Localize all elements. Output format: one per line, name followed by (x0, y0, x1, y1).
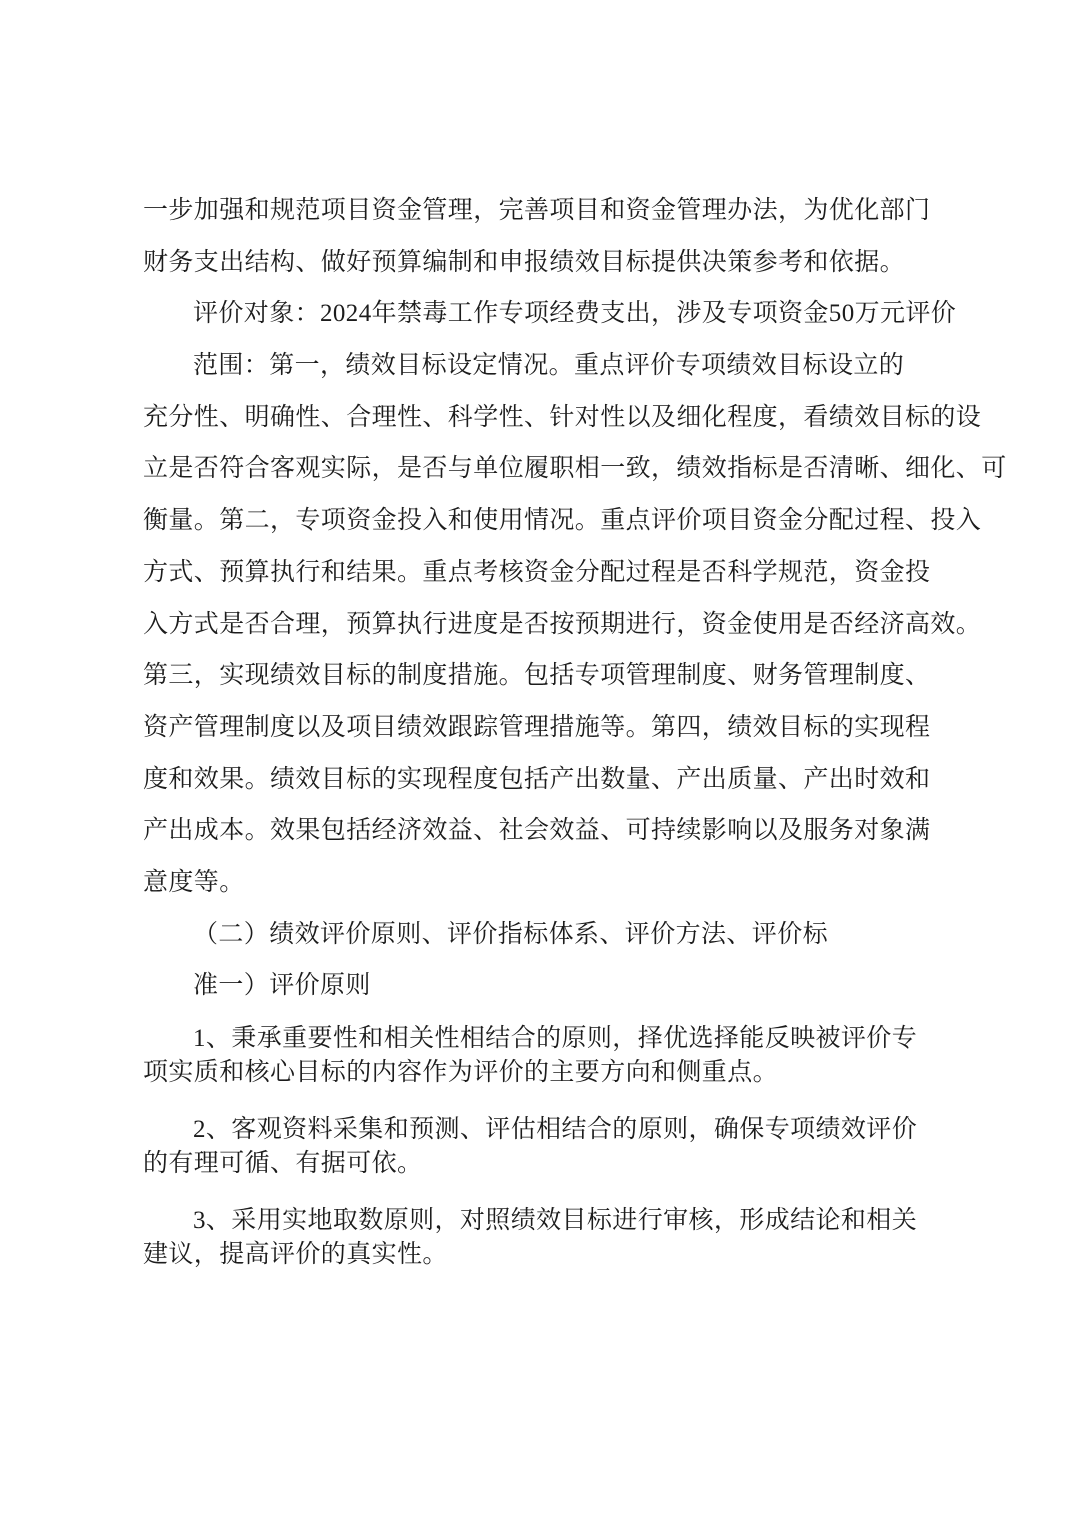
principle-item-second-line: 项实质和核心目标的内容作为评价的主要方向和侧重点。 (143, 1056, 943, 1090)
text-line: 衡量。第二，专项资金投入和使用情况。重点评价项目资金分配过程、投入 (143, 495, 943, 547)
text-line: 方式、预算执行和结果。重点考核资金分配过程是否科学规范，资金投 (143, 547, 943, 599)
text-line: 入方式是否合理，预算执行进度是否按预期进行，资金使用是否经济高效。 (143, 599, 943, 651)
body-paragraph-lines: 一步加强和规范项目资金管理，完善项目和资金管理办法，为优化部门 财务支出结构、做… (143, 185, 943, 1012)
text-line: 财务支出结构、做好预算编制和申报绩效目标提供决策参考和依据。 (143, 237, 943, 289)
principle-item-first-line: 1、秉承重要性和相关性相结合的原则，择优选择能反映被评价专 (143, 1022, 943, 1056)
principle-item-second-line: 建议，提高评价的真实性。 (143, 1238, 943, 1272)
text-line: 度和效果。绩效目标的实现程度包括产出数量、产出质量、产出时效和 (143, 754, 943, 806)
document-text-area: 一步加强和规范项目资金管理，完善项目和资金管理办法，为优化部门 财务支出结构、做… (143, 185, 943, 1271)
principle-item-first-line: 2、客观资料采集和预测、评估相结合的原则，确保专项绩效评价 (143, 1113, 943, 1147)
principle-list: 1、秉承重要性和相关性相结合的原则，择优选择能反映被评价专 项实质和核心目标的内… (143, 1022, 943, 1271)
text-line: 范围：第一，绩效目标设定情况。重点评价专项绩效目标设立的 (143, 340, 943, 392)
principle-item: 3、采用实地取数原则，对照绩效目标进行审核，形成结论和相关 建议，提高评价的真实… (143, 1204, 943, 1271)
text-line: 立是否符合客观实际，是否与单位履职相一致，绩效指标是否清晰、细化、可 (143, 443, 943, 495)
text-line: 意度等。 (143, 857, 943, 909)
principle-item-second-line: 的有理可循、有据可依。 (143, 1147, 943, 1181)
text-line: 评价对象：2024年禁毒工作专项经费支出，涉及专项资金50万元评价 (143, 288, 943, 340)
principle-item: 1、秉承重要性和相关性相结合的原则，择优选择能反映被评价专 项实质和核心目标的内… (143, 1022, 943, 1089)
text-line: 一步加强和规范项目资金管理，完善项目和资金管理办法，为优化部门 (143, 185, 943, 237)
text-line: 产出成本。效果包括经济效益、社会效益、可持续影响以及服务对象满 (143, 805, 943, 857)
text-line: （二）绩效评价原则、评价指标体系、评价方法、评价标 (143, 909, 943, 961)
text-line: 资产管理制度以及项目绩效跟踪管理措施等。第四，绩效目标的实现程 (143, 702, 943, 754)
principle-item: 2、客观资料采集和预测、评估相结合的原则，确保专项绩效评价 的有理可循、有据可依… (143, 1113, 943, 1180)
principle-item-first-line: 3、采用实地取数原则，对照绩效目标进行审核，形成结论和相关 (143, 1204, 943, 1238)
document-page: 一步加强和规范项目资金管理，完善项目和资金管理办法，为优化部门 财务支出结构、做… (0, 0, 1074, 1520)
text-line: 准一）评价原则 (143, 960, 943, 1012)
text-line: 第三，实现绩效目标的制度措施。包括专项管理制度、财务管理制度、 (143, 650, 943, 702)
text-line: 充分性、明确性、合理性、科学性、针对性以及细化程度，看绩效目标的设 (143, 392, 943, 444)
